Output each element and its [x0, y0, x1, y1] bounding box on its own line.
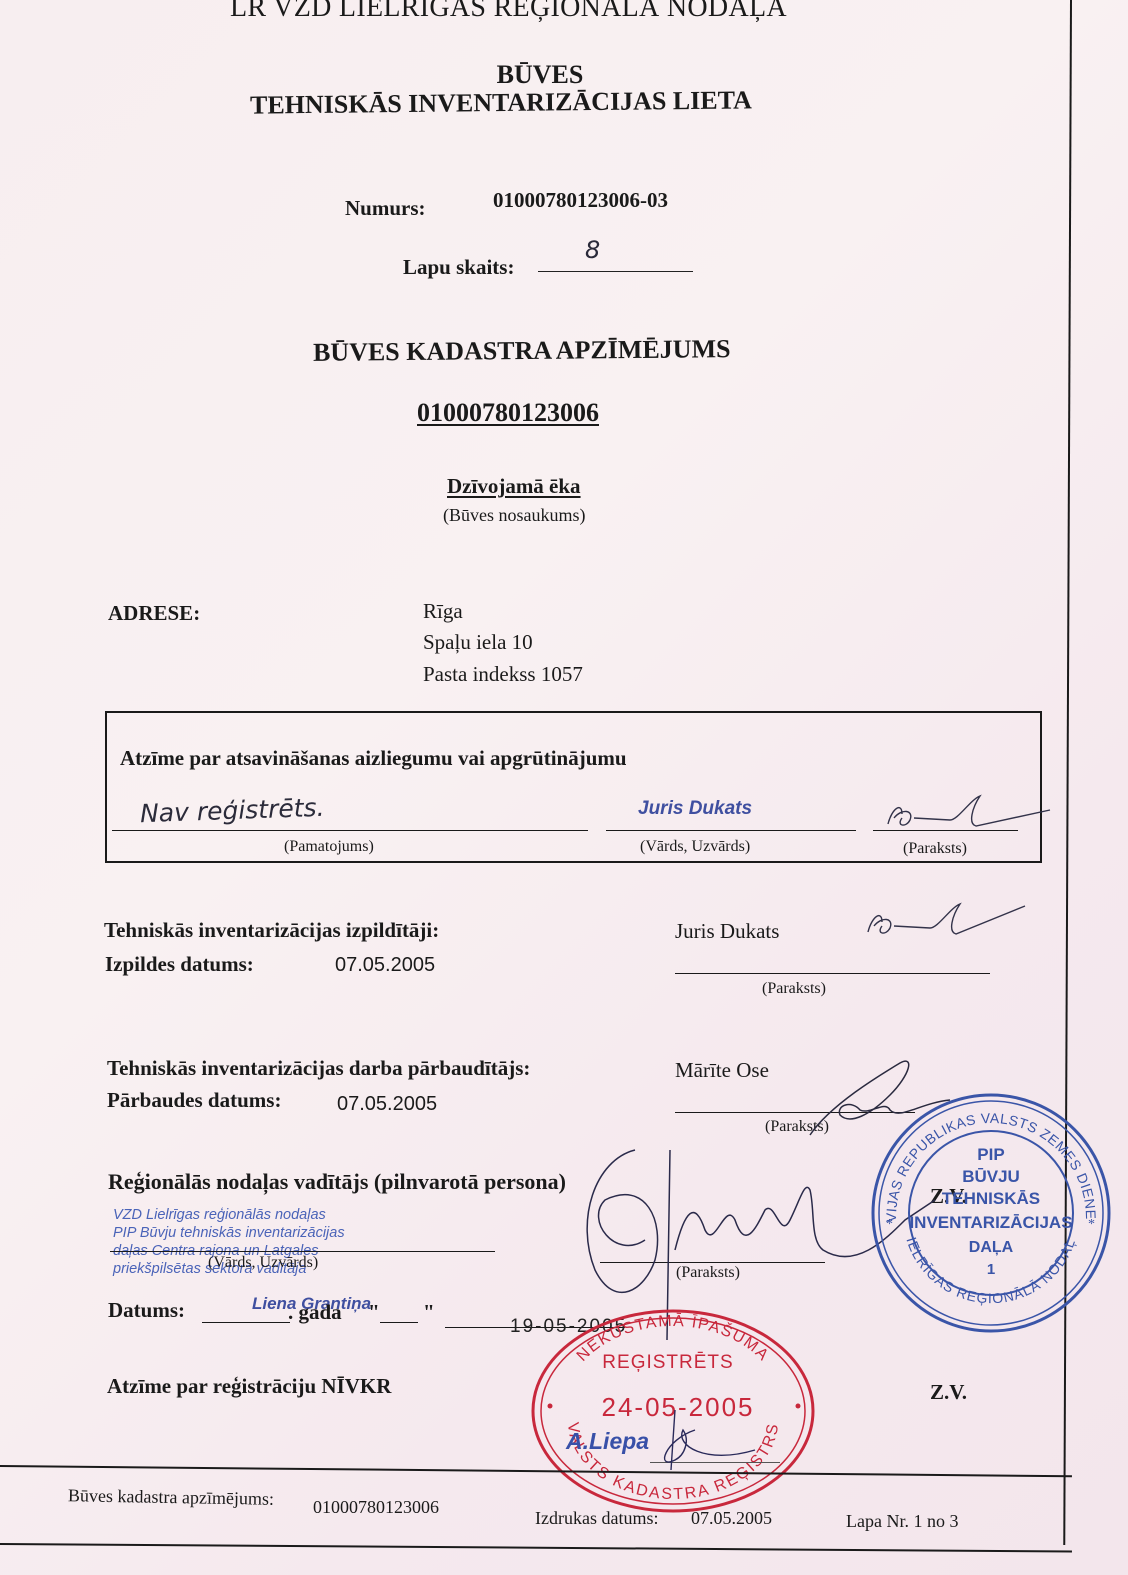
executors-date-label: Izpildes datums:	[105, 952, 254, 977]
svg-text:BŪVJU: BŪVJU	[962, 1167, 1020, 1186]
footer-print-date-value: 07.05.2005	[691, 1508, 772, 1529]
registration-seal-mark: Z.V.	[930, 1380, 967, 1405]
date-quote-open: "	[368, 1300, 380, 1325]
inspector-date-value: 07.05.2005	[337, 1093, 437, 1116]
regional-head-date-label: Datums:	[108, 1298, 185, 1323]
footer-cadastre-label: Būves kadastra apzīmējums:	[68, 1485, 274, 1510]
building-name: Dzīvojamā ēka	[447, 474, 581, 499]
doc-title-line1: BŪVES	[0, 60, 1080, 90]
signature-mark	[880, 790, 1050, 845]
executors-signature-caption: (Paraksts)	[762, 980, 826, 998]
cadastre-title: BŪVES KADASTRA APZĪMĒJUMS	[313, 334, 731, 368]
building-name-caption: (Būves nosaukums)	[443, 505, 586, 526]
address-street: Spaļu iela 10	[423, 630, 533, 655]
pages-field-line	[538, 271, 693, 272]
pages-label: Lapu skaits:	[403, 255, 514, 280]
name-caption: (Vārds, Uzvārds)	[640, 838, 750, 856]
executors-name: Juris Dukats	[675, 919, 779, 944]
address-city: Rīga	[423, 599, 463, 624]
basis-line	[112, 830, 588, 831]
regional-head-stamp-line: PIP Būvju tehniskās inventarizācijas	[113, 1224, 345, 1242]
svg-text:DAĻA: DAĻA	[969, 1239, 1014, 1256]
doc-title-line2: TEHNISKĀS INVENTARIZĀCIJAS LIETA	[250, 85, 752, 120]
svg-text:1: 1	[987, 1261, 995, 1278]
round-seal: LATVIJAS REPUBLIKAS VALSTS ZEMES DIENEST…	[866, 1088, 1116, 1343]
cadastre-code: 01000780123006	[417, 398, 599, 428]
date-day-line	[380, 1322, 418, 1323]
address-label: ADRESE:	[108, 601, 200, 626]
office-name: LR VZD LIELRĪGAS REĢIONĀLĀ NODAĻA	[230, 0, 787, 24]
number-label: Numurs:	[345, 196, 426, 221]
regional-head-name-line	[110, 1251, 495, 1252]
regional-head-stamp-line: VZD Lielrīgas reģionālās nodaļas	[113, 1206, 345, 1224]
inspector-date-label: Pārbaudes datums:	[107, 1088, 281, 1113]
page-bottom-border	[0, 1543, 1072, 1552]
date-year-line	[202, 1322, 290, 1323]
registrar-name-stamp: A.Liepa	[566, 1428, 649, 1455]
basis-caption: (Pamatojums)	[284, 838, 374, 856]
regional-head-name-caption: (Vārds, Uzvārds)	[208, 1254, 318, 1272]
inspector-label: Tehniskās inventarizācijas darba pārbaud…	[107, 1056, 530, 1081]
svg-text:REĢISTRĒTS: REĢISTRĒTS	[602, 1352, 733, 1373]
svg-text:*: *	[886, 1217, 893, 1232]
registration-label: Atzīme par reģistrāciju NĪVKR	[107, 1374, 391, 1399]
executors-label: Tehniskās inventarizācijas izpildītāji:	[104, 918, 439, 943]
name-line	[606, 830, 856, 831]
number-value: 01000780123006-03	[493, 188, 668, 213]
svg-text:*: *	[1088, 1217, 1095, 1232]
date-quote-close: "	[423, 1300, 435, 1325]
executors-date-value: 07.05.2005	[335, 954, 435, 977]
svg-text:TEHNISKĀS: TEHNISKĀS	[942, 1189, 1040, 1208]
encumbrance-name-stamp: Juris Dukats	[638, 798, 752, 820]
address-postcode: Pasta indekss 1057	[423, 662, 583, 687]
pages-value: 8	[585, 236, 600, 264]
executors-signature-line	[675, 973, 990, 974]
footer-print-date-label: Izdrukas datums:	[535, 1508, 658, 1529]
encumbrance-title: Atzīme par atsavināšanas aizliegumu vai …	[120, 746, 627, 771]
footer-cadastre-value: 01000780123006	[313, 1497, 439, 1518]
footer-page-info: Lapa Nr. 1 no 3	[846, 1511, 958, 1532]
date-year-word: . gada	[288, 1300, 342, 1325]
svg-text:PIP: PIP	[977, 1145, 1004, 1164]
regional-head-label: Reģionālās nodaļas vadītājs (pilnvarotā …	[108, 1169, 566, 1195]
svg-text:INVENTARIZĀCIJAS: INVENTARIZĀCIJAS	[909, 1213, 1072, 1232]
inspector-name: Mārīte Ose	[675, 1058, 769, 1083]
executors-signature-mark	[860, 898, 1030, 953]
